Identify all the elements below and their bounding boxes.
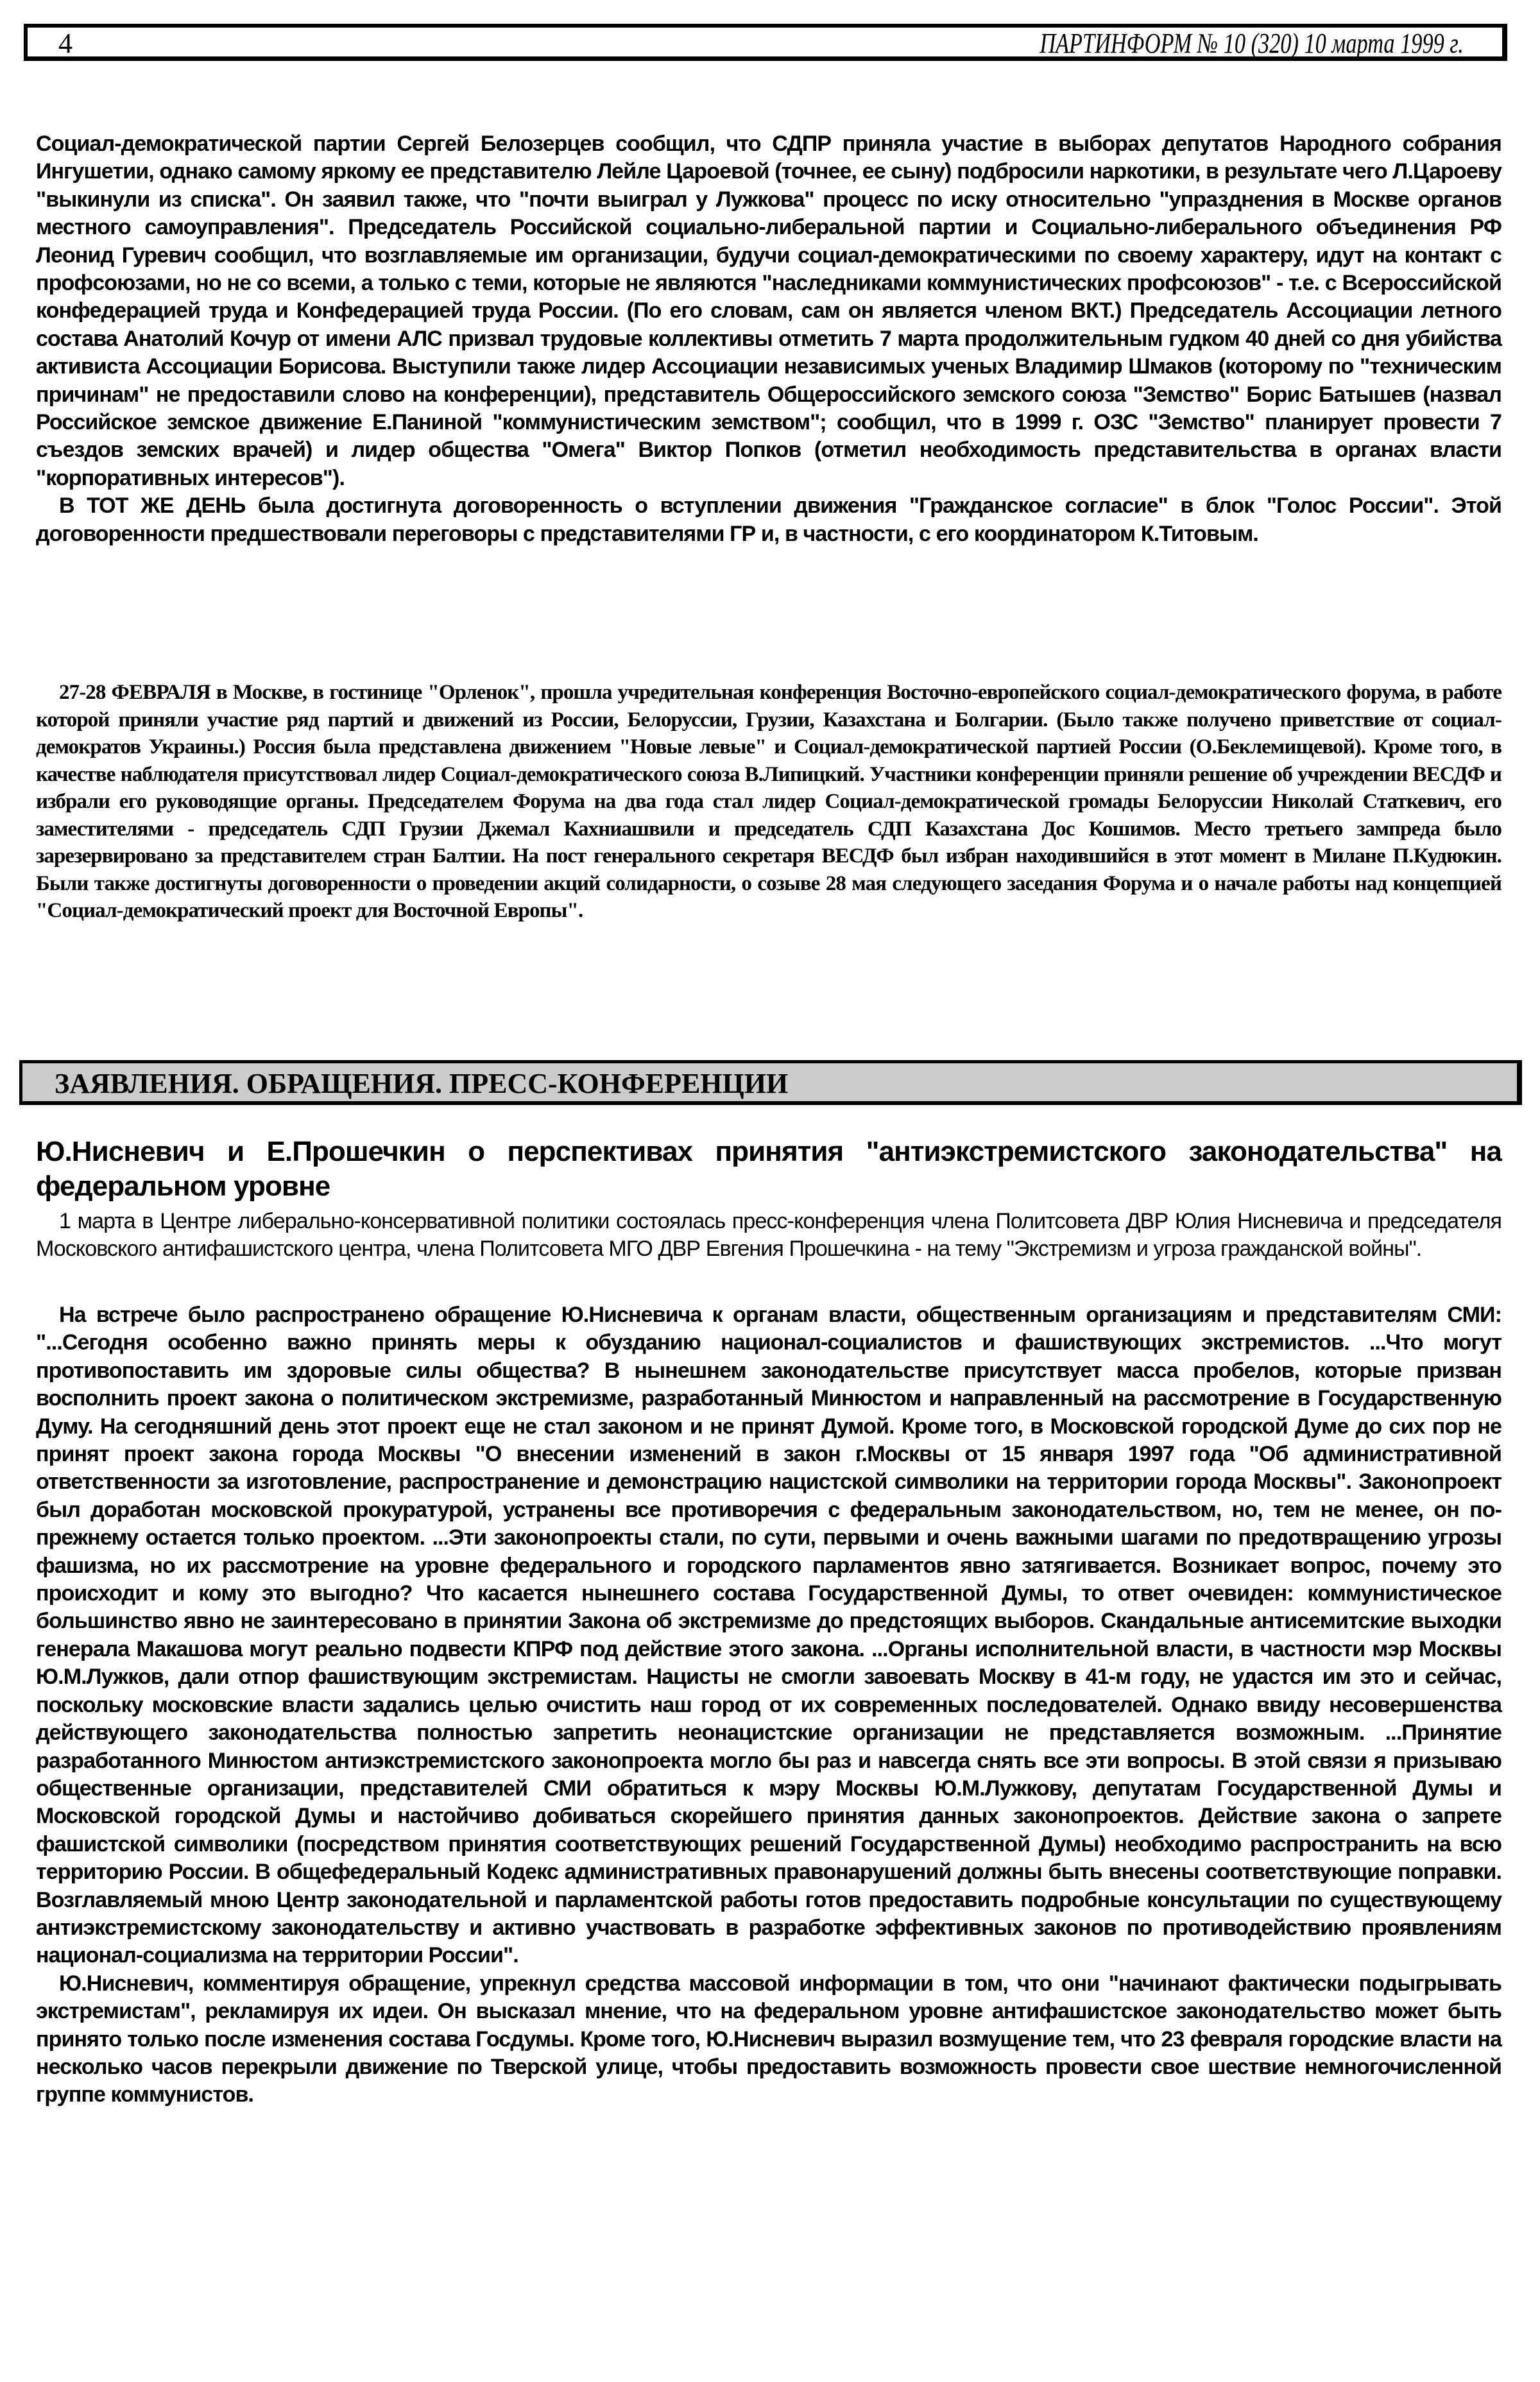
- report-paragraph: В ТОТ ЖЕ ДЕНЬ была достигнута договоренн…: [36, 492, 1502, 548]
- forum-report: 27-28 ФЕВРАЛЯ в Москве, в гостинице "Орл…: [36, 679, 1502, 925]
- report-paragraph: Социал-демократической партии Сергей Бел…: [36, 130, 1502, 492]
- intro-paragraph: 1 марта в Центре либерально-консервативн…: [36, 1208, 1502, 1263]
- article-body: На встрече было распространено обращение…: [36, 1301, 1502, 2109]
- article-intro: 1 марта в Центре либерально-консервативн…: [36, 1208, 1502, 1263]
- comment-paragraph: Ю.Нисневич, комментируя обращение, упрек…: [36, 1970, 1502, 2109]
- article-headline: Ю.Нисневич и Е.Прошечкин о перспективах …: [36, 1135, 1502, 1204]
- section-header: ЗАЯВЛЕНИЯ. ОБРАЩЕНИЯ. ПРЕСС-КОНФЕРЕНЦИИ: [19, 1060, 1522, 1105]
- publication-title: ПАРТИНФОРМ № 10 (320) 10 марта 1999 г.: [1039, 28, 1464, 60]
- continued-report: Социал-демократической партии Сергей Бел…: [36, 130, 1502, 548]
- section-title: ЗАЯВЛЕНИЯ. ОБРАЩЕНИЯ. ПРЕСС-КОНФЕРЕНЦИИ: [55, 1067, 788, 1101]
- forum-paragraph: 27-28 ФЕВРАЛЯ в Москве, в гостинице "Орл…: [36, 679, 1502, 925]
- page-header: 4 ПАРТИНФОРМ № 10 (320) 10 марта 1999 г.: [24, 24, 1507, 61]
- appeal-paragraph: На встрече было распространено обращение…: [36, 1301, 1502, 1970]
- page-number: 4: [58, 28, 73, 60]
